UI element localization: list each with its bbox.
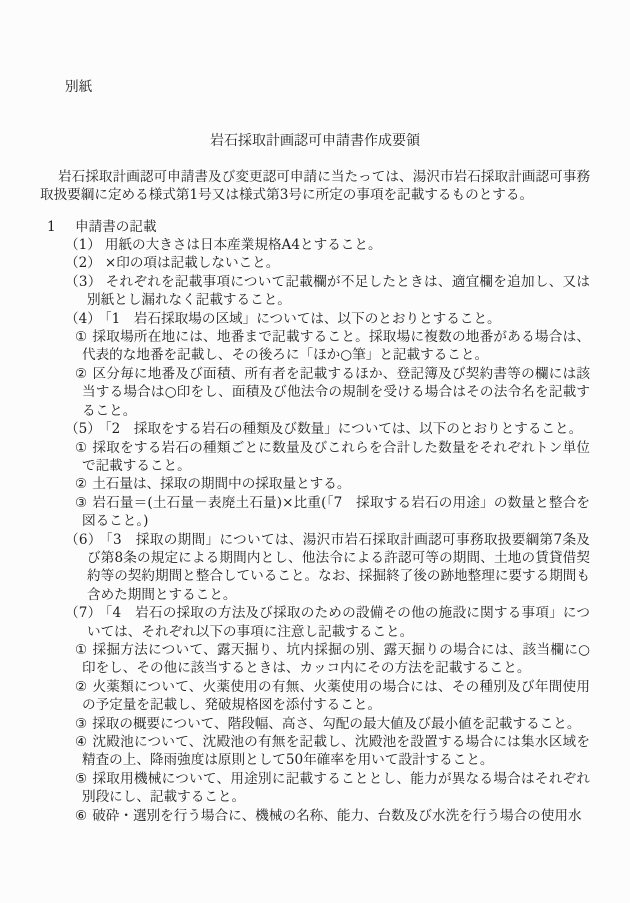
item-text: 「4 岩石の採取の方法及び採取のための設備その他の施設に関する事項」については、… [87, 605, 590, 639]
list-item-circled-5-3: ③岩石量＝(土石量－表廃土石量)×比重(「7 採取する岩石の用途」の数量と整合を… [40, 494, 590, 531]
list-item-circled-5-1: ①採取をする岩石の種類ごとに数量及びこれらを合計した数量をそれぞれトン単位で記載… [40, 439, 590, 476]
document-title: 岩石採取計画認可申請書作成要領 [40, 132, 590, 150]
list-item-paren-7: （7）「4 岩石の採取の方法及び採取のための設備その他の施設に関する事項」につい… [40, 604, 590, 641]
item-text: 採掘方法について、露天掘り、坑内採掘の別、露天掘りの場合には、該当欄に○印をし、… [82, 642, 590, 676]
item-text: 破砕・選別を行う場合に、機械の名称、能力、台数及び水洗を行う場合の使用水 [92, 808, 581, 824]
document-page: 別紙 岩石採取計画認可申請書作成要領 岩石採取計画認可申請書及び変更認可申請に当… [0, 0, 630, 903]
item-text: 採取用機械について、用途別に記載することとし、能力が異なる場合はそれぞれ別段にし… [82, 771, 590, 805]
list-item-circled-7-6: ⑥破砕・選別を行う場合に、機械の名称、能力、台数及び水洗を行う場合の使用水 [40, 807, 590, 825]
item-marker: ③ [75, 495, 87, 511]
intro-paragraph: 岩石採取計画認可申請書及び変更認可申請に当たっては、湯沢市岩石採取計画認可事務取… [40, 168, 590, 205]
list-item-paren-5: （5）「2 採取をする岩石の種類及び数量」については、以下のとおりとすること。 [40, 420, 590, 438]
item-marker: （5） [65, 421, 101, 437]
list-item-circled-7-2: ②火薬類について、火薬使用の有無、火薬使用の場合には、その種別及び年間使用の予定… [40, 678, 590, 715]
attachment-label: 別紙 [65, 78, 590, 96]
item-text: 採取場所在地には、地番まで記載すること。採取場に複数の地番がある場合は、代表的な… [82, 329, 590, 363]
item-text: 岩石量＝(土石量－表廃土石量)×比重(「7 採取する岩石の用途」の数量と整合を図… [82, 495, 590, 529]
item-marker: ⑤ [75, 771, 87, 787]
item-text: 沈殿池について、沈殿池の有無を記載し、沈殿池を設置する場合には集水区域を精査の上… [82, 734, 590, 768]
section-heading: 1申請書の記載 [47, 218, 590, 236]
list-item-circled-4-2: ②区分毎に地番及び面積、所有者を記載するほか、登記簿及び契約書等の欄には該当する… [40, 365, 590, 420]
item-marker: （3） [65, 274, 102, 290]
item-text: 用紙の大きさは日本産業規格A4とすること。 [105, 237, 382, 253]
item-marker: ② [75, 476, 87, 492]
item-marker: ② [75, 679, 87, 695]
list-item-circled-7-1: ①採掘方法について、露天掘り、坑内採掘の別、露天掘りの場合には、該当欄に○印をし… [40, 641, 590, 678]
item-text: 採取の概要について、階段幅、高さ、勾配の最大値及び最小値を記載すること。 [92, 716, 580, 732]
list-item-paren-3: （3）それぞれを記載事項について記載欄が不足したときは、適宜欄を追加し、又は別紙… [40, 273, 590, 310]
list-item-paren-2: （2）×印の項は記載しないこと。 [40, 254, 590, 272]
item-marker: ② [75, 366, 87, 382]
item-marker: ① [75, 642, 87, 658]
item-marker: ⑥ [75, 808, 87, 824]
item-text: 土石量は、採取の期間中の採取量とする。 [92, 476, 350, 492]
item-marker: ③ [75, 716, 87, 732]
item-marker: ④ [75, 734, 87, 750]
list-item-paren-4: （4）「1 岩石採取場の区域」については、以下のとおりとすること。 [40, 310, 590, 328]
section-title: 申請書の記載 [75, 219, 157, 235]
item-marker: （2） [65, 255, 101, 271]
item-text: 「2 採取をする岩石の種類及び数量」については、以下のとおりとすること。 [105, 421, 582, 437]
list-item-paren-6: （6）「3 採取の期間」については、湯沢市岩石採取計画認可事務取扱要綱第7条及び… [40, 531, 590, 605]
list-item-circled-7-4: ④沈殿池について、沈殿池の有無を記載し、沈殿池を設置する場合には集水区域を精査の… [40, 733, 590, 770]
item-marker: ① [75, 329, 87, 345]
item-text: 「3 採取の期間」については、湯沢市岩石採取計画認可事務取扱要綱第7条及び第8条… [87, 532, 590, 603]
item-marker: ① [75, 440, 87, 456]
section-number: 1 [47, 218, 75, 236]
item-text: 火薬類について、火薬使用の有無、火薬使用の場合には、その種別及び年間使用の予定量… [82, 679, 590, 713]
item-text: 採取をする岩石の種類ごとに数量及びこれらを合計した数量をそれぞれトン単位で記載す… [82, 440, 590, 474]
list-item-circled-7-5: ⑤採取用機械について、用途別に記載することとし、能力が異なる場合はそれぞれ別段に… [40, 770, 590, 807]
item-marker: （7） [65, 605, 101, 621]
item-marker: （4） [65, 311, 101, 327]
list-item-paren-1: （1）用紙の大きさは日本産業規格A4とすること。 [40, 236, 590, 254]
item-list: （1）用紙の大きさは日本産業規格A4とすること。 （2）×印の項は記載しないこと… [40, 236, 590, 825]
list-item-circled-5-2: ②土石量は、採取の期間中の採取量とする。 [40, 475, 590, 493]
list-item-circled-7-3: ③採取の概要について、階段幅、高さ、勾配の最大値及び最小値を記載すること。 [40, 715, 590, 733]
list-item-circled-4-1: ①採取場所在地には、地番まで記載すること。採取場に複数の地番がある場合は、代表的… [40, 328, 590, 365]
item-marker: （1） [65, 237, 101, 253]
item-text: それぞれを記載事項について記載欄が不足したときは、適宜欄を追加し、又は別紙とし漏… [87, 274, 590, 308]
item-text: ×印の項は記載しないこと。 [105, 255, 280, 271]
item-marker: （6） [65, 532, 102, 548]
item-text: 区分毎に地番及び面積、所有者を記載するほか、登記簿及び契約書等の欄には該当する場… [82, 366, 590, 419]
item-text: 「1 岩石採取場の区域」については、以下のとおりとすること。 [105, 311, 501, 327]
